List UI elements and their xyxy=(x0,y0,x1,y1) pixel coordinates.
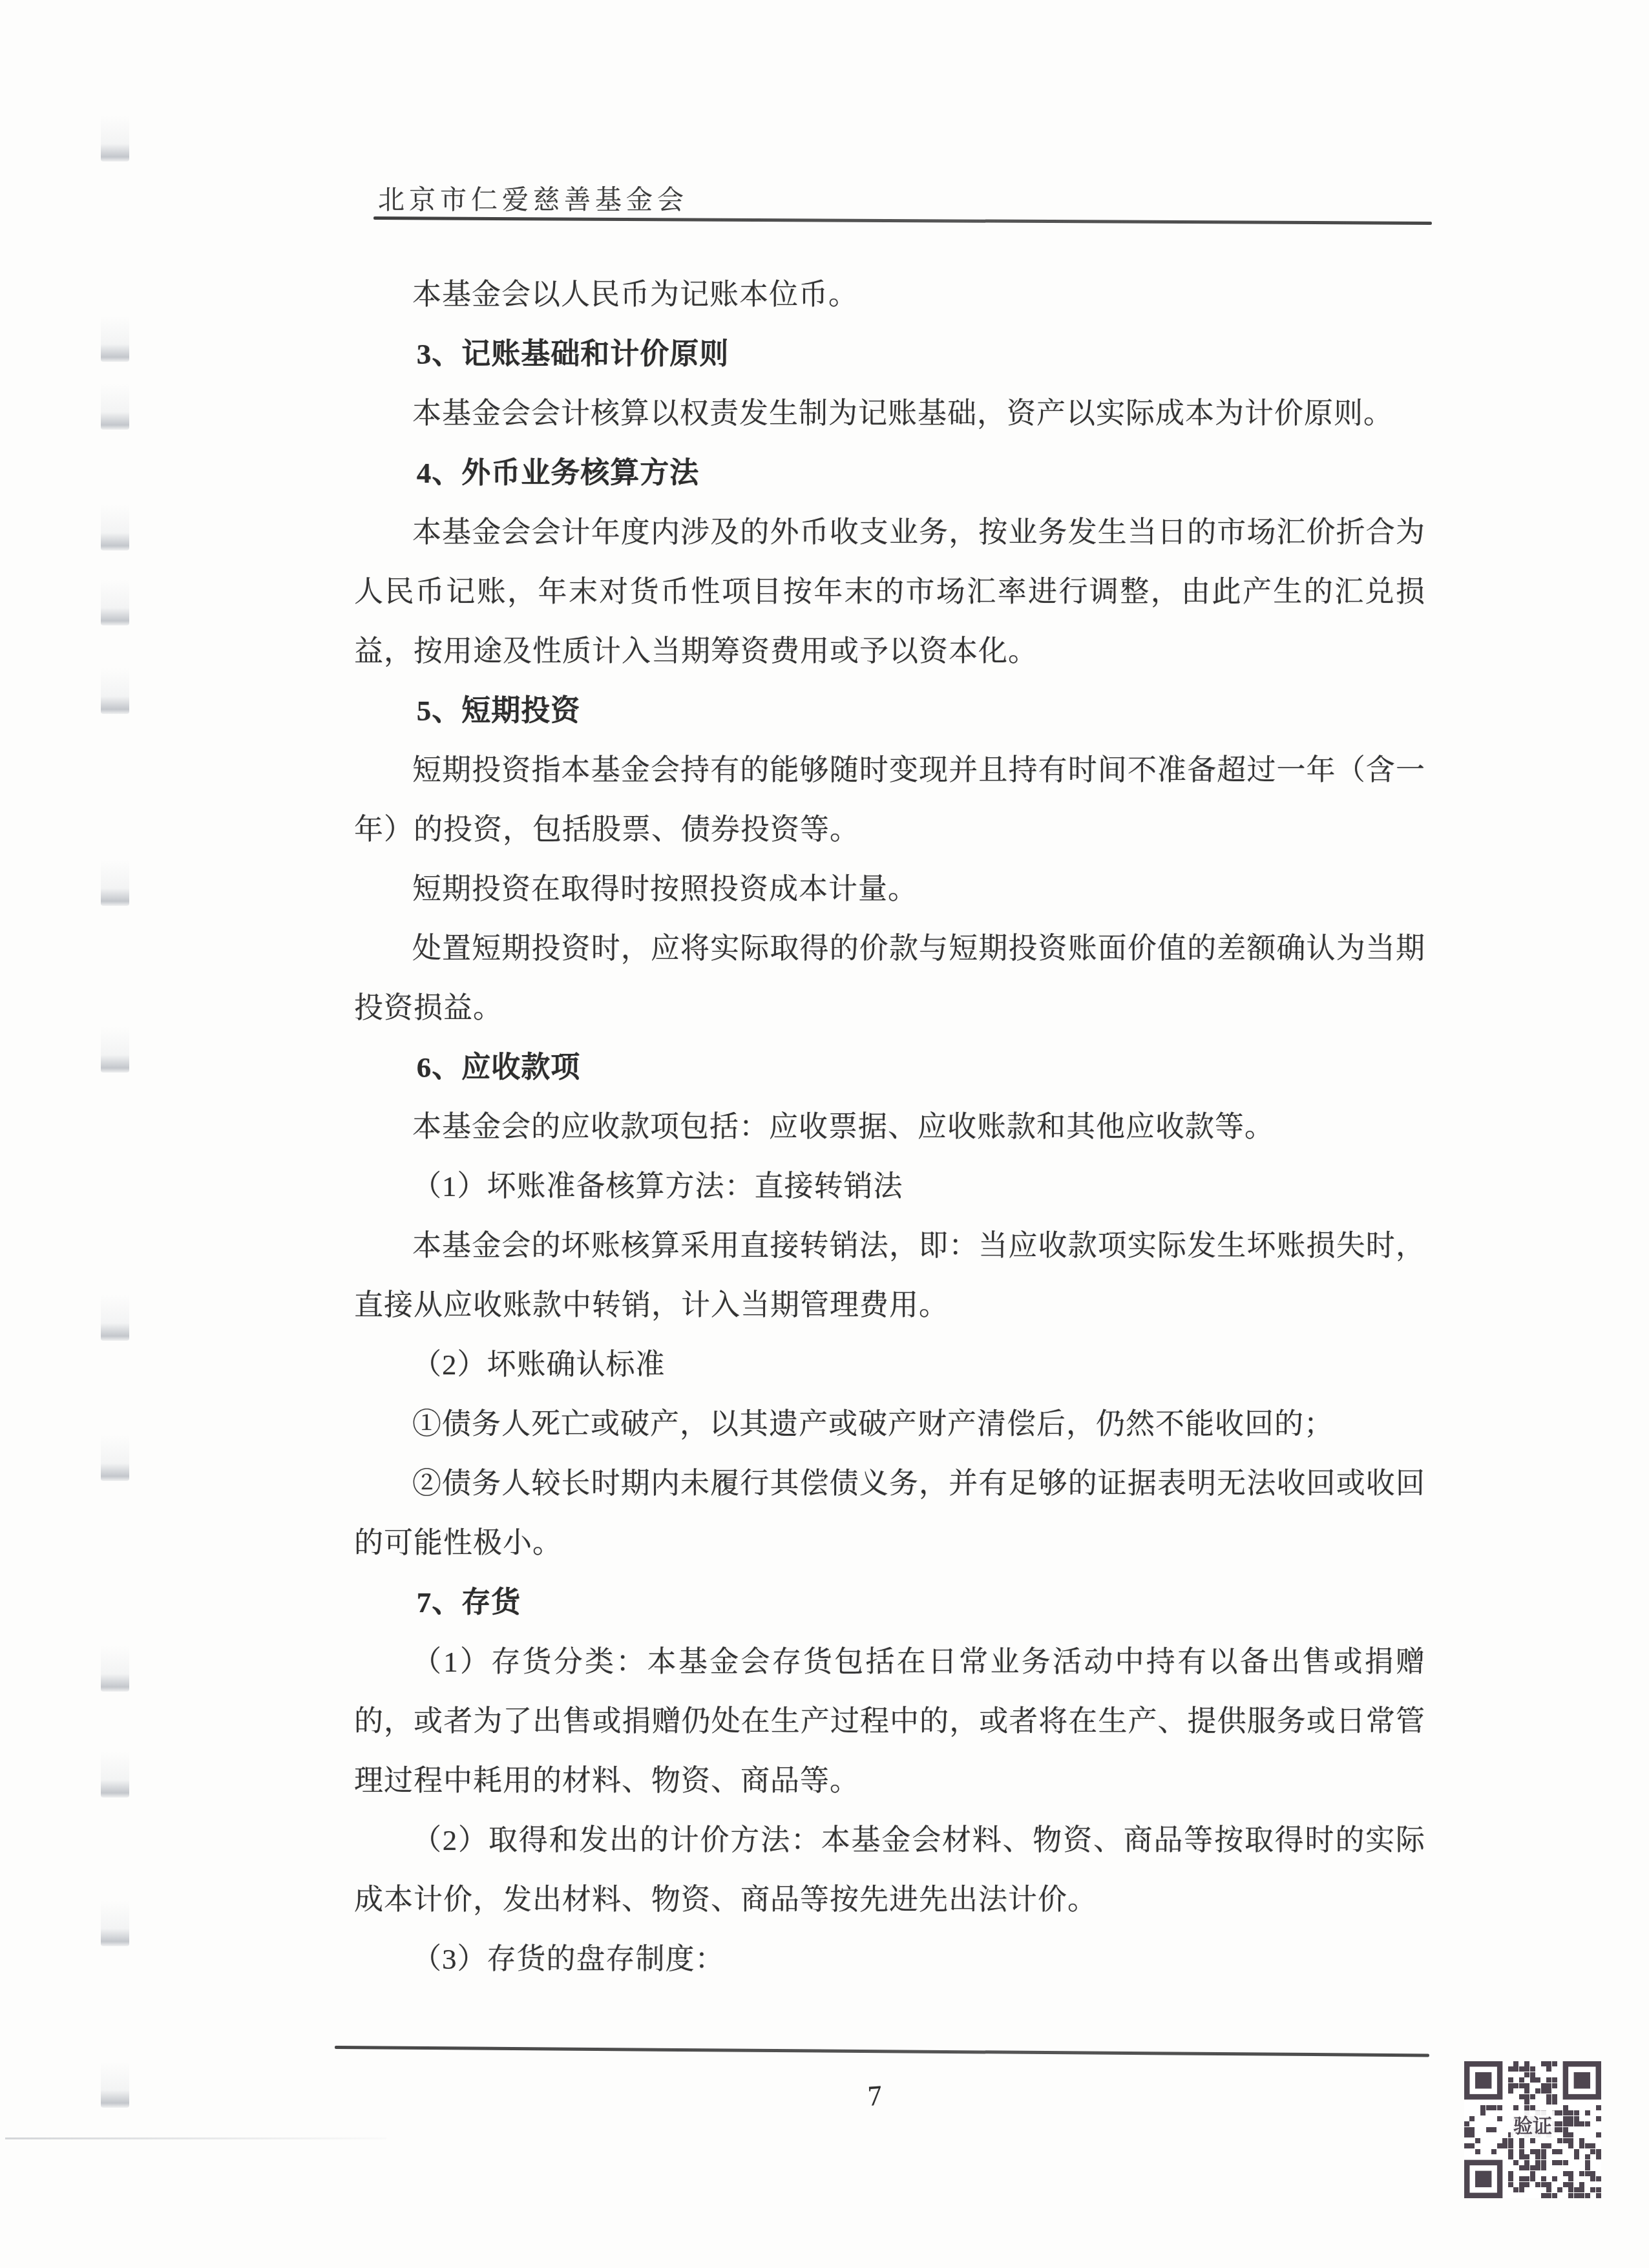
scanned-document-page: 北京市仁爱慈善基金会 本基金会以人民币为记账本位币。3、记账基础和计价原则本基金… xyxy=(0,0,1649,2268)
body-paragraph: 短期投资指本基金会持有的能够随时变现并且持有时间不准备超过一年（含一年）的投资，… xyxy=(354,740,1425,859)
scan-artifact-streak xyxy=(5,2137,386,2139)
body-paragraph: （1）坏账准备核算方法：直接转销法 xyxy=(354,1157,1425,1216)
body-paragraph: 本基金会的坏账核算采用直接转销法，即：当应收款项实际发生坏账损失时，直接从应收账… xyxy=(354,1216,1425,1335)
binding-mark xyxy=(101,383,129,430)
binding-mark xyxy=(101,315,129,362)
binding-mark xyxy=(101,1751,129,1798)
body-paragraph: （1）存货分类：本基金会存货包括在日常业务活动中持有以备出售或捐赠的，或者为了出… xyxy=(354,1632,1425,1811)
verification-qr-code-icon xyxy=(1464,2061,1601,2198)
binding-mark xyxy=(101,504,129,551)
body-paragraph: 本基金会会计年度内涉及的外币收支业务，按业务发生当日的市场汇价折合为人民币记账，… xyxy=(354,503,1425,681)
section-heading: 5、短期投资 xyxy=(354,681,1425,740)
binding-mark xyxy=(101,2061,129,2108)
body-paragraph: 处置短期投资时，应将实际取得的价款与短期投资账面价值的差额确认为当期投资损益。 xyxy=(354,919,1425,1038)
body-paragraph: 本基金会会计核算以权责发生制为记账基础，资产以实际成本为计价原则。 xyxy=(354,384,1425,443)
binding-mark xyxy=(101,1294,129,1341)
binding-mark xyxy=(101,667,129,714)
binding-mark xyxy=(101,579,129,625)
section-heading: 3、记账基础和计价原则 xyxy=(354,324,1425,384)
section-heading: 7、存货 xyxy=(354,1573,1425,1632)
page-number: 7 xyxy=(858,2078,891,2113)
header-divider xyxy=(373,216,1432,225)
binding-mark xyxy=(101,1900,129,1946)
binding-mark xyxy=(101,1645,129,1692)
body-paragraph: 本基金会以人民币为记账本位币。 xyxy=(354,265,1425,324)
body-paragraph: ②债务人较长时期内未履行其偿债义务，并有足够的证据表明无法收回或收回的可能性极小… xyxy=(354,1454,1425,1573)
document-body: 本基金会以人民币为记账本位币。3、记账基础和计价原则本基金会会计核算以权责发生制… xyxy=(354,265,1425,1989)
body-paragraph: 短期投资在取得时按照投资成本计量。 xyxy=(354,859,1425,919)
body-paragraph: （2）取得和发出的计价方法：本基金会材料、物资、商品等按取得时的实际成本计价，发… xyxy=(354,1811,1425,1929)
binding-mark xyxy=(101,115,129,162)
body-paragraph: 本基金会的应收款项包括：应收票据、应收账款和其他应收款等。 xyxy=(354,1097,1425,1157)
binding-mark xyxy=(101,1026,129,1073)
body-paragraph: （2）坏账确认标准 xyxy=(354,1335,1425,1394)
body-paragraph: ①债务人死亡或破产，以其遗产或破产财产清偿后，仍然不能收回的； xyxy=(354,1394,1425,1454)
section-heading: 4、外币业务核算方法 xyxy=(354,443,1425,503)
binding-mark xyxy=(101,859,129,906)
organization-name: 北京市仁爱慈善基金会 xyxy=(378,178,688,216)
section-heading: 6、应收款项 xyxy=(354,1038,1425,1097)
binding-mark xyxy=(101,1434,129,1481)
body-paragraph: （3）存货的盘存制度： xyxy=(354,1929,1425,1989)
footer-divider xyxy=(335,2046,1429,2057)
